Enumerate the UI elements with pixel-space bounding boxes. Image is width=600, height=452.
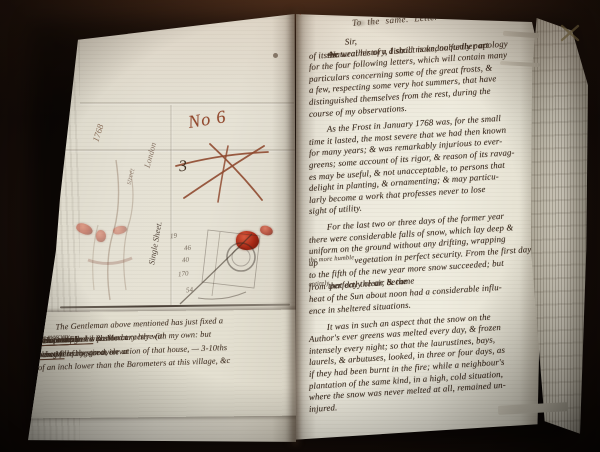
paragraph: For the last two or three days of the fo… bbox=[309, 223, 539, 318]
inserted-word: entirely bbox=[308, 280, 329, 288]
pasted-note-slip: The Gentleman above mentioned has just f… bbox=[27, 310, 297, 419]
barometer-note-text: The Gentleman above mentioned has just f… bbox=[38, 319, 294, 375]
cut-off-text-line: on the bbox=[30, 303, 292, 309]
fold-crease bbox=[80, 102, 294, 105]
scribble-strokes bbox=[168, 218, 273, 313]
paragraph: As the Frost in January 1768 was, for th… bbox=[309, 125, 539, 218]
right-page: 4/62 To the same. Letter Sir, As the wea… bbox=[296, 4, 546, 444]
letter-body-text: Sir, As the weather of a district is und… bbox=[309, 34, 539, 415]
cover-cross-mark bbox=[558, 22, 582, 44]
gutter-shadow bbox=[286, 8, 302, 446]
manuscript-book-photo: No 6 3 1768 London street Single Sheet. bbox=[0, 0, 600, 452]
wax-seal-smudge bbox=[96, 230, 106, 242]
letter-heading: To the same. Letter bbox=[352, 16, 377, 28]
paragraph: It was in such an aspect that the snow o… bbox=[309, 323, 539, 416]
postal-number-mark: No 6 bbox=[187, 106, 228, 133]
paragraph: Sir, As the weather of a district is und… bbox=[309, 39, 539, 120]
ink-rule bbox=[60, 304, 290, 309]
paper-stain-spot bbox=[273, 53, 278, 58]
